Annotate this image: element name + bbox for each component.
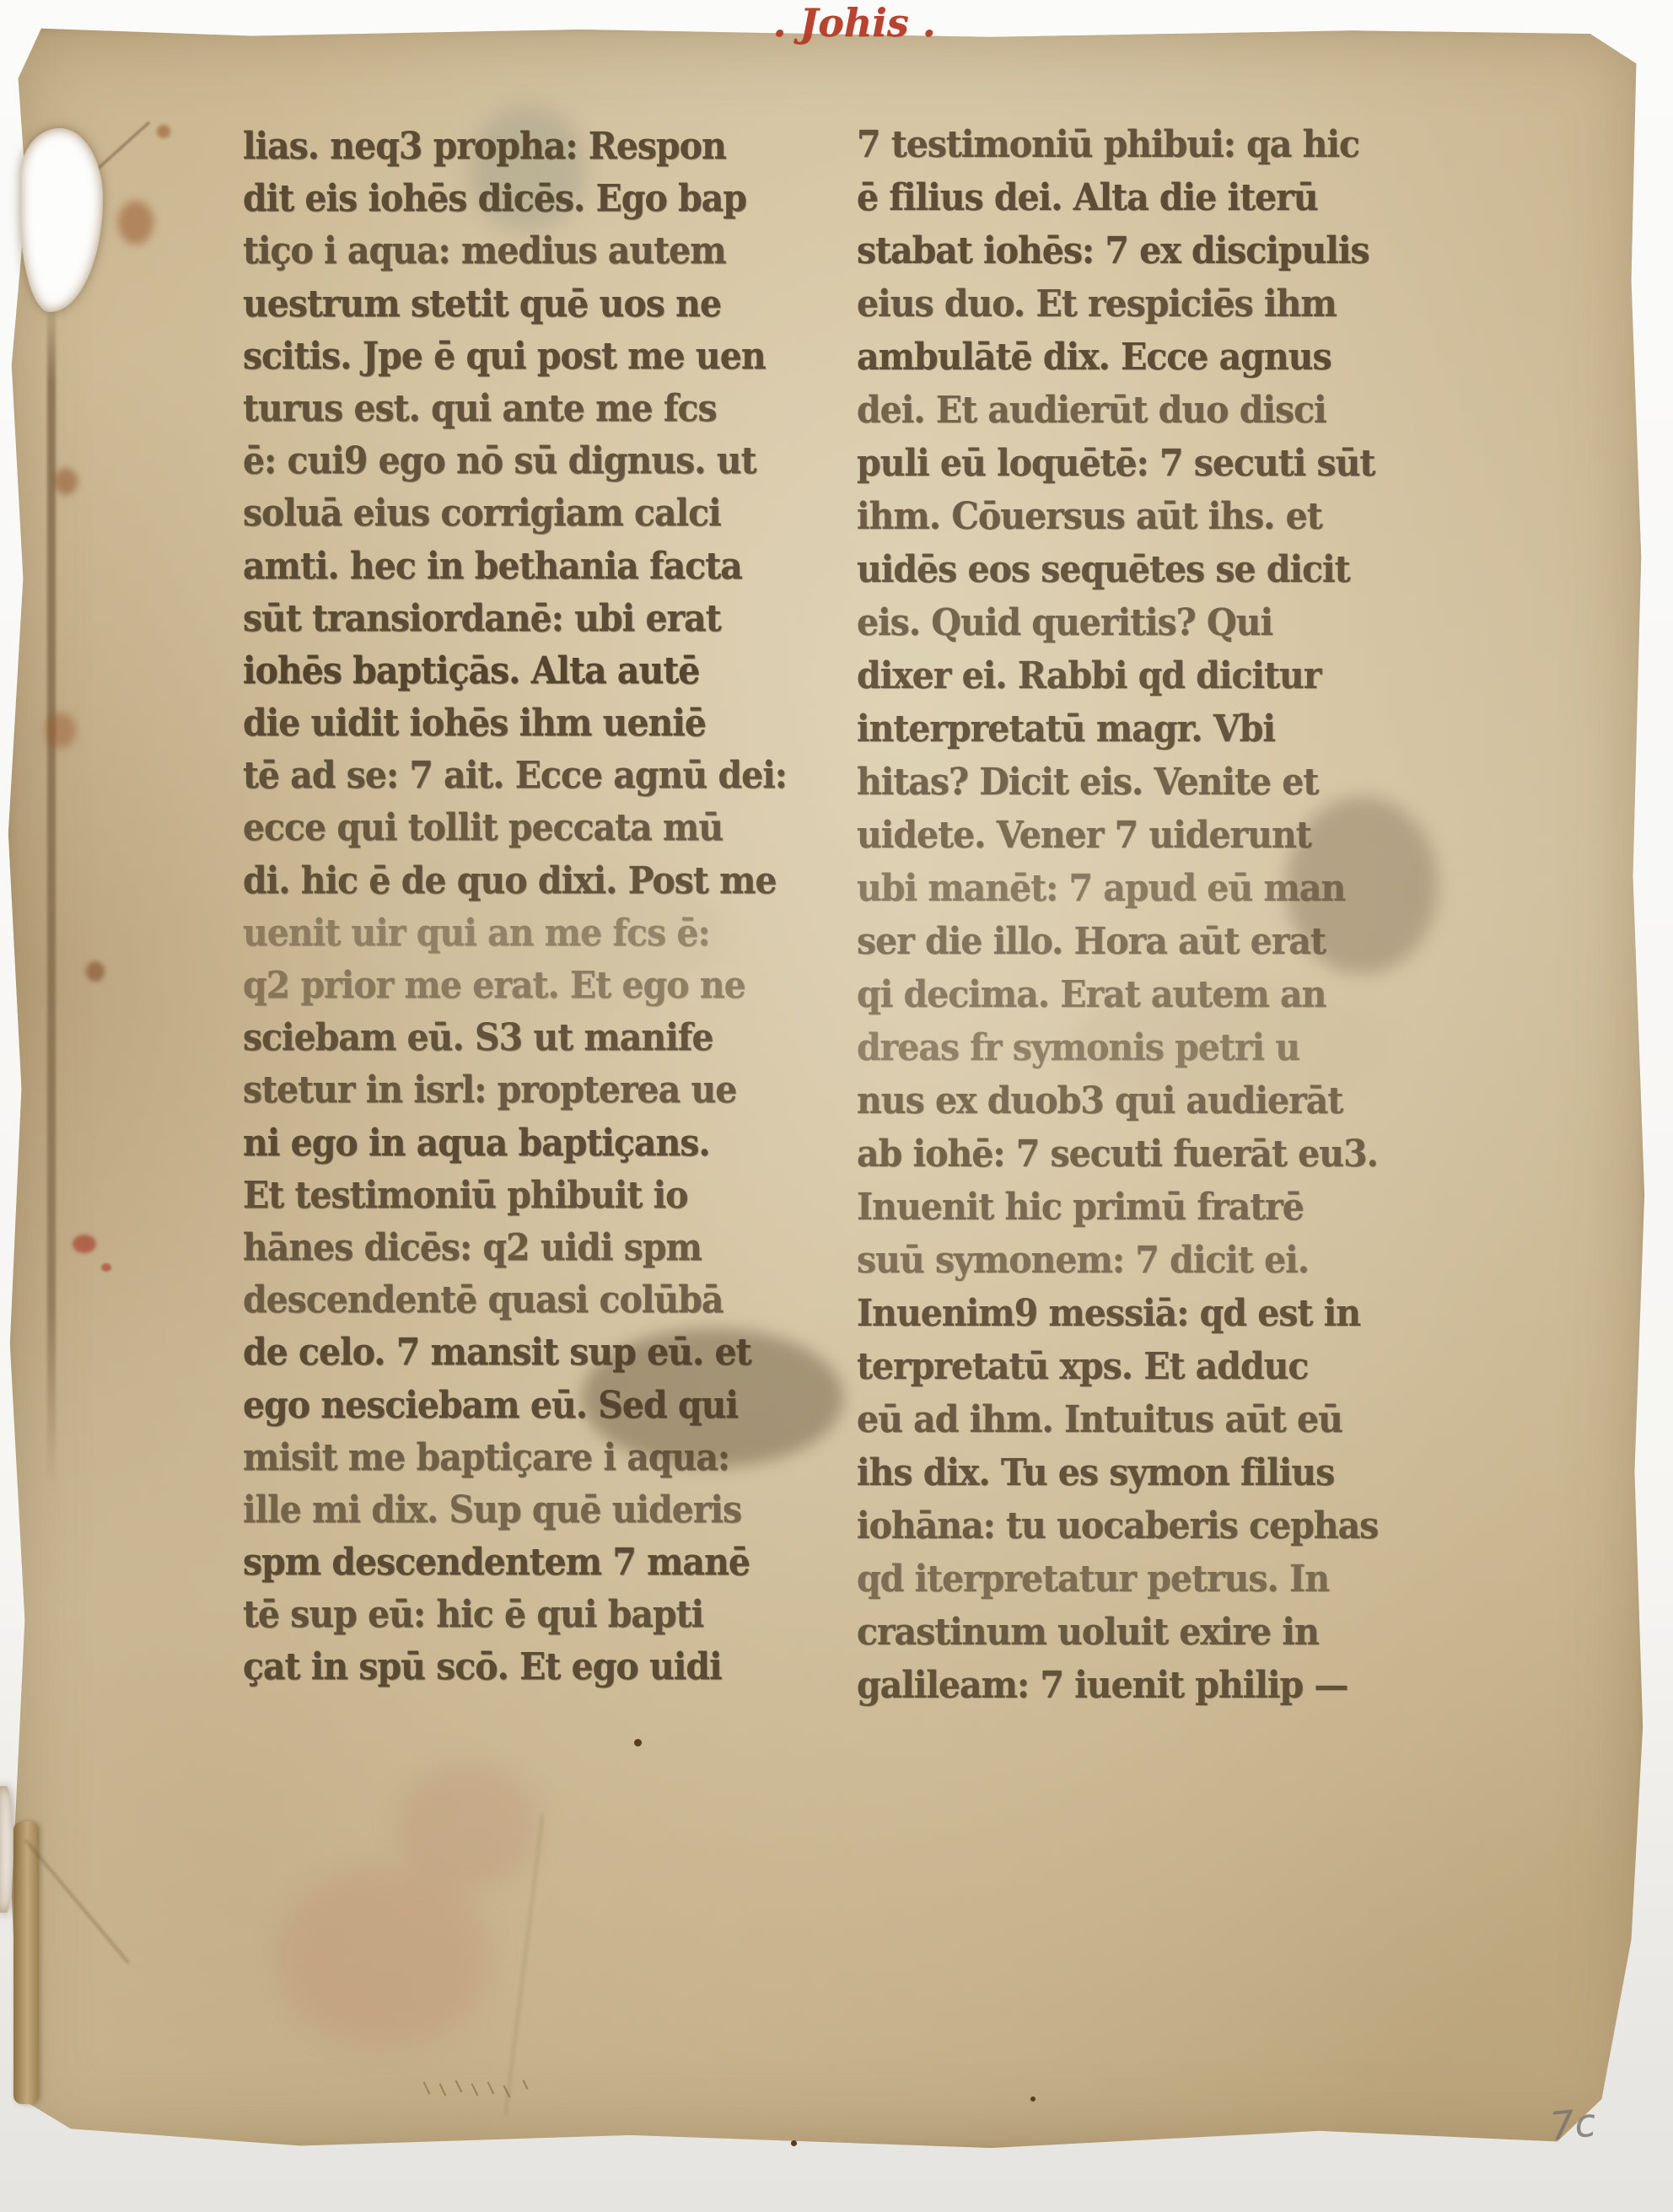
right-column-line-23: Inuenim9 messiā: qd est in	[857, 1284, 1447, 1342]
left-column-line-12: die uidit iohēs ihm ueniē	[243, 695, 825, 751]
right-column-line-1: 7 testimoniū phibui: qa hic	[857, 116, 1447, 173]
ink-speck	[1030, 2096, 1036, 2102]
right-column-line-9: uidēs eos sequētes se dicit	[857, 541, 1447, 598]
right-column-line-2: ē filius dei. Alta die iterū	[857, 169, 1447, 226]
right-column-line-5: ambulātē dix. Ecce agnus	[857, 328, 1447, 385]
left-column-line-27: ille mi dix. Sup quē uideris	[243, 1481, 825, 1537]
right-column-line-10: eis. Quid queritis? Qui	[857, 594, 1447, 651]
left-column-line-11: iohēs baptiçās. Alta autē	[243, 642, 825, 698]
folio-mark: 7c	[1547, 2099, 1598, 2149]
left-column-line-25: ego nesciebam eū. Sed qui	[243, 1376, 825, 1433]
left-column-line-17: q2 prior me erat. Et ego ne	[243, 957, 825, 1014]
left-column-line-18: sciebam eū. S3 ut manife	[243, 1009, 825, 1066]
right-column-line-11: dixer ei. Rabbi qd dicitur	[857, 647, 1447, 704]
text-column-right: 7 testimoniū phibui: qa hicē filius dei.…	[857, 118, 1447, 1712]
right-column-line-16: ser die illo. Hora aūt erat	[857, 912, 1447, 970]
left-column-line-8: soluā eius corrigiam calci	[243, 485, 825, 541]
left-column-line-26: misit me baptiçare i aqua:	[243, 1429, 825, 1485]
right-column-line-17: qi decima. Erat autem an	[857, 966, 1447, 1023]
right-column-line-25: eū ad ihm. Intuitus aūt eū	[857, 1391, 1447, 1448]
left-column-line-30: çat in spū scō. Et ego uidi	[243, 1639, 825, 1695]
left-column-line-24: de celo. 7 mansit sup eū. et	[243, 1324, 825, 1380]
left-column-line-7: ē: cui9 ego nō sū dignus. ut	[243, 433, 825, 489]
right-column-line-14: uidete. Vener 7 uiderunt	[857, 806, 1447, 864]
right-column-line-29: crastinum uoluit exire in	[857, 1603, 1447, 1660]
right-column-line-8: ihm. Cōuersus aūt ihs. et	[857, 487, 1447, 545]
right-column-line-22: suū symonem: 7 dicit ei.	[857, 1231, 1447, 1289]
left-column-line-22: hānes dicēs: q2 uidi spm	[243, 1219, 825, 1275]
left-column-line-29: tē sup eū: hic ē qui bapti	[243, 1586, 825, 1643]
left-column-line-20: ni ego in aqua baptiçans.	[243, 1114, 825, 1171]
left-column-line-5: scitis. Jpe ē qui post me uen	[243, 327, 825, 384]
left-column-line-6: turus est. qui ante me fcs	[243, 379, 825, 436]
edge-notch	[0, 1786, 13, 1913]
right-column-line-13: hitas? Dicit eis. Venite et	[857, 753, 1447, 810]
right-column-line-28: qd iterpretatur petrus. In	[857, 1550, 1447, 1607]
left-column-line-4: uestrum stetit quē uos ne	[243, 275, 825, 331]
left-column-line-2: dit eis iohēs dicēs. Ego bap	[243, 170, 825, 227]
running-title: . Johis .	[749, 0, 960, 46]
right-column-line-19: nus ex duob3 qui audierāt	[857, 1072, 1447, 1129]
left-column-line-9: amti. hec in bethania facta	[243, 537, 825, 594]
left-column-line-19: stetur in isrl: propterea ue	[243, 1062, 825, 1118]
left-column-line-28: spm descendentem 7 manē	[243, 1534, 825, 1590]
text-column-left: lias. neq3 propha: Respondit eis iohēs d…	[243, 120, 825, 1693]
left-column-line-14: ecce qui tollit peccata mū	[243, 799, 825, 856]
right-column-line-20: ab iohē: 7 secuti fuerāt eu3.	[857, 1125, 1447, 1182]
right-column-line-6: dei. Et audierūt duo disci	[857, 381, 1447, 439]
right-column-line-15: ubi manēt: 7 apud eū man	[857, 859, 1447, 917]
right-column-line-21: Inuenit hic primū fratrē	[857, 1178, 1447, 1235]
right-column-line-18: dreas fr symonis petri u	[857, 1019, 1447, 1076]
ink-speck	[634, 1739, 642, 1746]
left-column-line-15: di. hic ē de quo dixi. Post me	[243, 852, 825, 908]
left-column-line-23: descendentē quasi colūbā	[243, 1272, 825, 1328]
left-column-line-1: lias. neq3 propha: Respon	[243, 118, 825, 175]
right-column-line-12: interpretatū magr. Vbi	[857, 700, 1447, 757]
ink-speck	[791, 2140, 797, 2146]
right-column-line-24: terpretatū xps. Et adduc	[857, 1337, 1447, 1395]
right-column-line-7: puli eū loquētē: 7 secuti sūt	[857, 434, 1447, 492]
right-column-line-30: galileam: 7 iuenit philip —	[857, 1656, 1447, 1714]
left-column-line-3: tiço i aqua: medius autem	[243, 223, 825, 279]
left-column-line-10: sūt transiordanē: ubi erat	[243, 589, 825, 646]
left-column-line-13: tē ad se: 7 ait. Ecce agnū dei:	[243, 747, 825, 804]
left-column-line-21: Et testimoniū phibuit io	[243, 1166, 825, 1223]
right-column-line-3: stabat iohēs: 7 ex discipulis	[857, 222, 1447, 279]
right-column-line-27: iohāna: tu uocaberis cephas	[857, 1497, 1447, 1554]
right-column-line-26: ihs dix. Tu es symon filius	[857, 1444, 1447, 1501]
left-column-line-16: uenit uir qui an me fcs ē:	[243, 904, 825, 961]
scanned-manuscript-page: { "page": { "type": "medieval manuscript…	[0, 0, 1673, 2212]
right-column-line-4: eius duo. Et respiciēs ihm	[857, 275, 1447, 332]
